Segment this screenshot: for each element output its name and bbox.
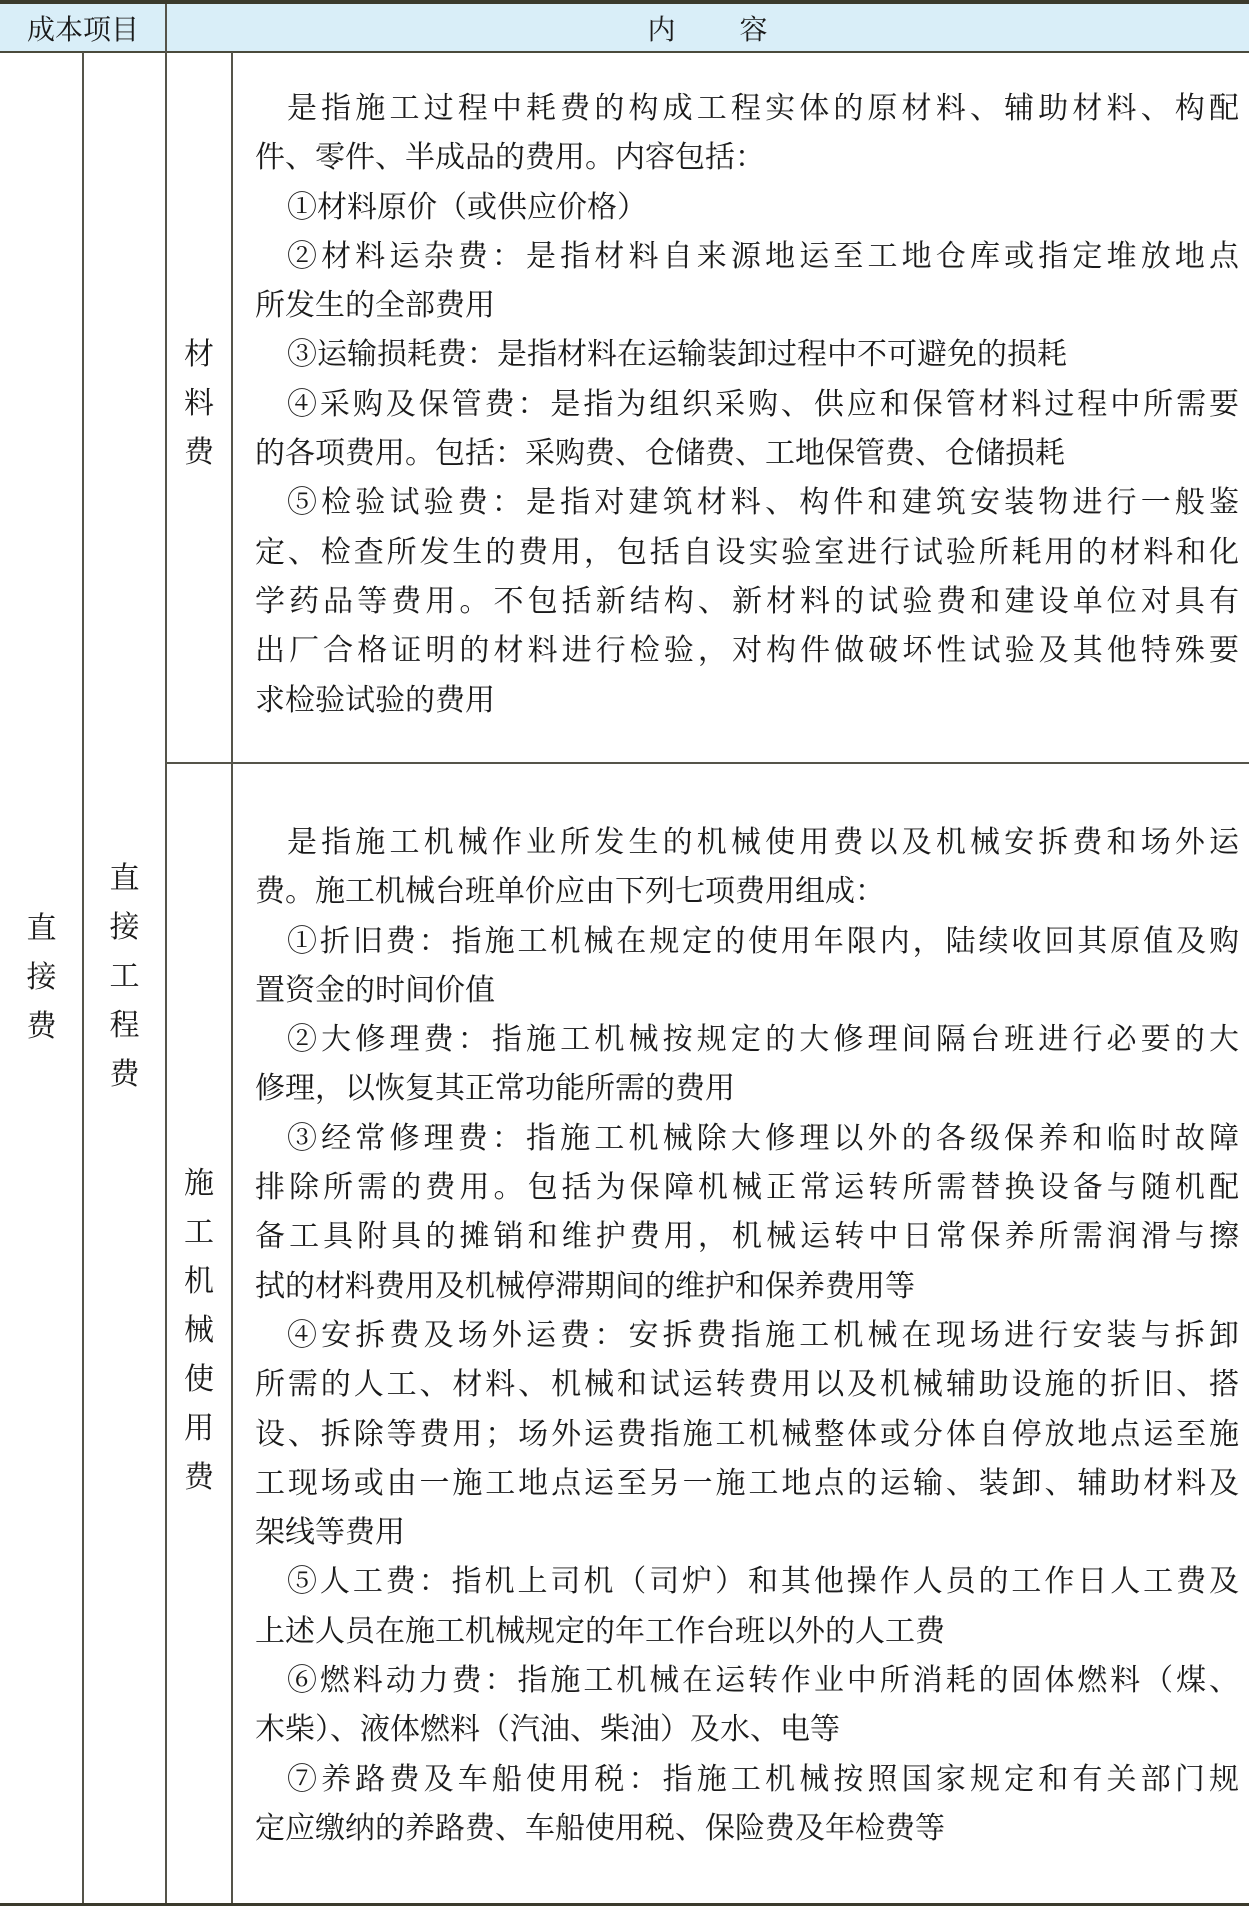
text-line: ⑤人工费：指机上司机（司炉）和其他操作人员的工作日人工费及 <box>255 1557 1239 1606</box>
text-line: ③经常修理费：指施工机械除大修理以外的各级保养和临时故障 <box>255 1114 1239 1163</box>
text-line: ③运输损耗费：是指材料在运输装卸过程中不可避免的损耗 <box>255 330 1239 379</box>
header-content-label: 内容 <box>647 8 831 48</box>
label-char: 程 <box>110 1001 140 1050</box>
header-cost-item-label: 成本项目 <box>27 8 139 48</box>
text-line: ④采购及保管费：是指为组织采购、供应和保管材料过程中所需要 <box>255 380 1239 429</box>
text-line: 件、零件、半成品的费用。内容包括： <box>255 133 1239 182</box>
text-line: 设、拆除等费用；场外运费指施工机械整体或分体自停放地点运至施 <box>255 1410 1239 1459</box>
header-bottom-rule <box>0 51 1249 53</box>
text-line: 所需的人工、材料、机械和试运转费用以及机械辅助设施的折旧、搭 <box>255 1360 1239 1409</box>
level2-label-direct-engineering-cost: 直 接 工 程 费 <box>83 854 166 1099</box>
text-line: 的各项费用。包括：采购费、仓储费、工地保管费、仓储损耗 <box>255 429 1239 478</box>
text-line: 费。施工机械台班单价应由下列七项费用组成： <box>255 867 1239 916</box>
text-line: 拭的材料费用及机械停滞期间的维护和保养费用等 <box>255 1262 1239 1311</box>
text-line: ⑦养路费及车船使用税：指施工机械按照国家规定和有关部门规 <box>255 1755 1239 1804</box>
label-char: 直 <box>110 854 140 903</box>
text-line: 排除所需的费用。包括为保障机械正常运转所需替换设备与随机配 <box>255 1163 1239 1212</box>
text-line: 所发生的全部费用 <box>255 281 1239 330</box>
label-char: 用 <box>184 1404 214 1453</box>
material-cost-description: 是指施工过程中耗费的构成工程实体的原材料、辅助材料、构配件、零件、半成品的费用。… <box>255 84 1239 725</box>
label-char: 费 <box>27 1002 57 1051</box>
text-line: 定应缴纳的养路费、车船使用税、保险费及年检费等 <box>255 1804 1239 1853</box>
text-line: 求检验试验的费用 <box>255 676 1239 725</box>
text-line: 架线等费用 <box>255 1508 1239 1557</box>
text-line: 学药品等费用。不包括新结构、新材料的试验费和建设单位对具有 <box>255 577 1239 626</box>
label-char: 费 <box>110 1050 140 1099</box>
label-char: 施 <box>184 1159 214 1208</box>
level1-label-direct-cost: 直 接 费 <box>0 904 83 1051</box>
text-line: 上述人员在施工机械规定的年工作台班以外的人工费 <box>255 1607 1239 1656</box>
row-divider <box>166 762 1249 764</box>
text-line: 是指施工过程中耗费的构成工程实体的原材料、辅助材料、构配 <box>255 84 1239 133</box>
text-line: ④安拆费及场外运费：安拆费指施工机械在现场进行安装与拆卸 <box>255 1311 1239 1360</box>
label-char: 费 <box>184 1453 214 1502</box>
row-label-material-cost: 材 料 费 <box>166 330 232 477</box>
text-line: ①材料原价（或供应价格） <box>255 183 1239 232</box>
machinery-cost-description: 是指施工机械作业所发生的机械使用费以及机械安拆费和场外运费。施工机械台班单价应由… <box>255 818 1239 1853</box>
label-char: 使 <box>184 1355 214 1404</box>
text-line: ⑤检验试验费：是指对建筑材料、构件和建筑安装物进行一般鉴 <box>255 478 1239 527</box>
label-char: 工 <box>184 1208 214 1257</box>
text-line: ②材料运杂费：是指材料自来源地运至工地仓库或指定堆放地点 <box>255 232 1239 281</box>
text-line: ⑥燃料动力费：指施工机械在运转作业中所消耗的固体燃料（煤、 <box>255 1656 1239 1705</box>
label-char: 料 <box>184 379 214 428</box>
text-line: 置资金的时间价值 <box>255 966 1239 1015</box>
label-char: 工 <box>110 952 140 1001</box>
text-line: ①折旧费：指施工机械在规定的使用年限内，陆续收回其原值及购 <box>255 917 1239 966</box>
row-label-machinery-cost: 施 工 机 械 使 用 费 <box>166 1159 232 1502</box>
label-char: 费 <box>184 428 214 477</box>
header-content: 内容 <box>166 4 1249 51</box>
text-line: ②大修理费：指施工机械按规定的大修理间隔台班进行必要的大 <box>255 1015 1239 1064</box>
text-line: 工现场或由一施工地点运至另一施工地点的运输、装卸、辅助材料及 <box>255 1459 1239 1508</box>
label-char: 械 <box>184 1306 214 1355</box>
header-cost-item: 成本项目 <box>0 4 166 51</box>
label-char: 接 <box>110 903 140 952</box>
label-char: 机 <box>184 1257 214 1306</box>
text-line: 木柴）、液体燃料（汽油、柴油）及水、电等 <box>255 1705 1239 1754</box>
text-line: 备工具附具的摊销和维护费用，机械运转中日常保养所需润滑与擦 <box>255 1212 1239 1261</box>
label-char: 直 <box>27 904 57 953</box>
text-line: 定、检查所发生的费用，包括自设实验室进行试验所耗用的材料和化 <box>255 528 1239 577</box>
label-char: 接 <box>27 953 57 1002</box>
text-line: 修理，以恢复其正常功能所需的费用 <box>255 1064 1239 1113</box>
text-line: 出厂合格证明的材料进行检验，对构件做破坏性试验及其他特殊要 <box>255 626 1239 675</box>
text-line: 是指施工机械作业所发生的机械使用费以及机械安拆费和场外运 <box>255 818 1239 867</box>
label-char: 材 <box>184 330 214 379</box>
